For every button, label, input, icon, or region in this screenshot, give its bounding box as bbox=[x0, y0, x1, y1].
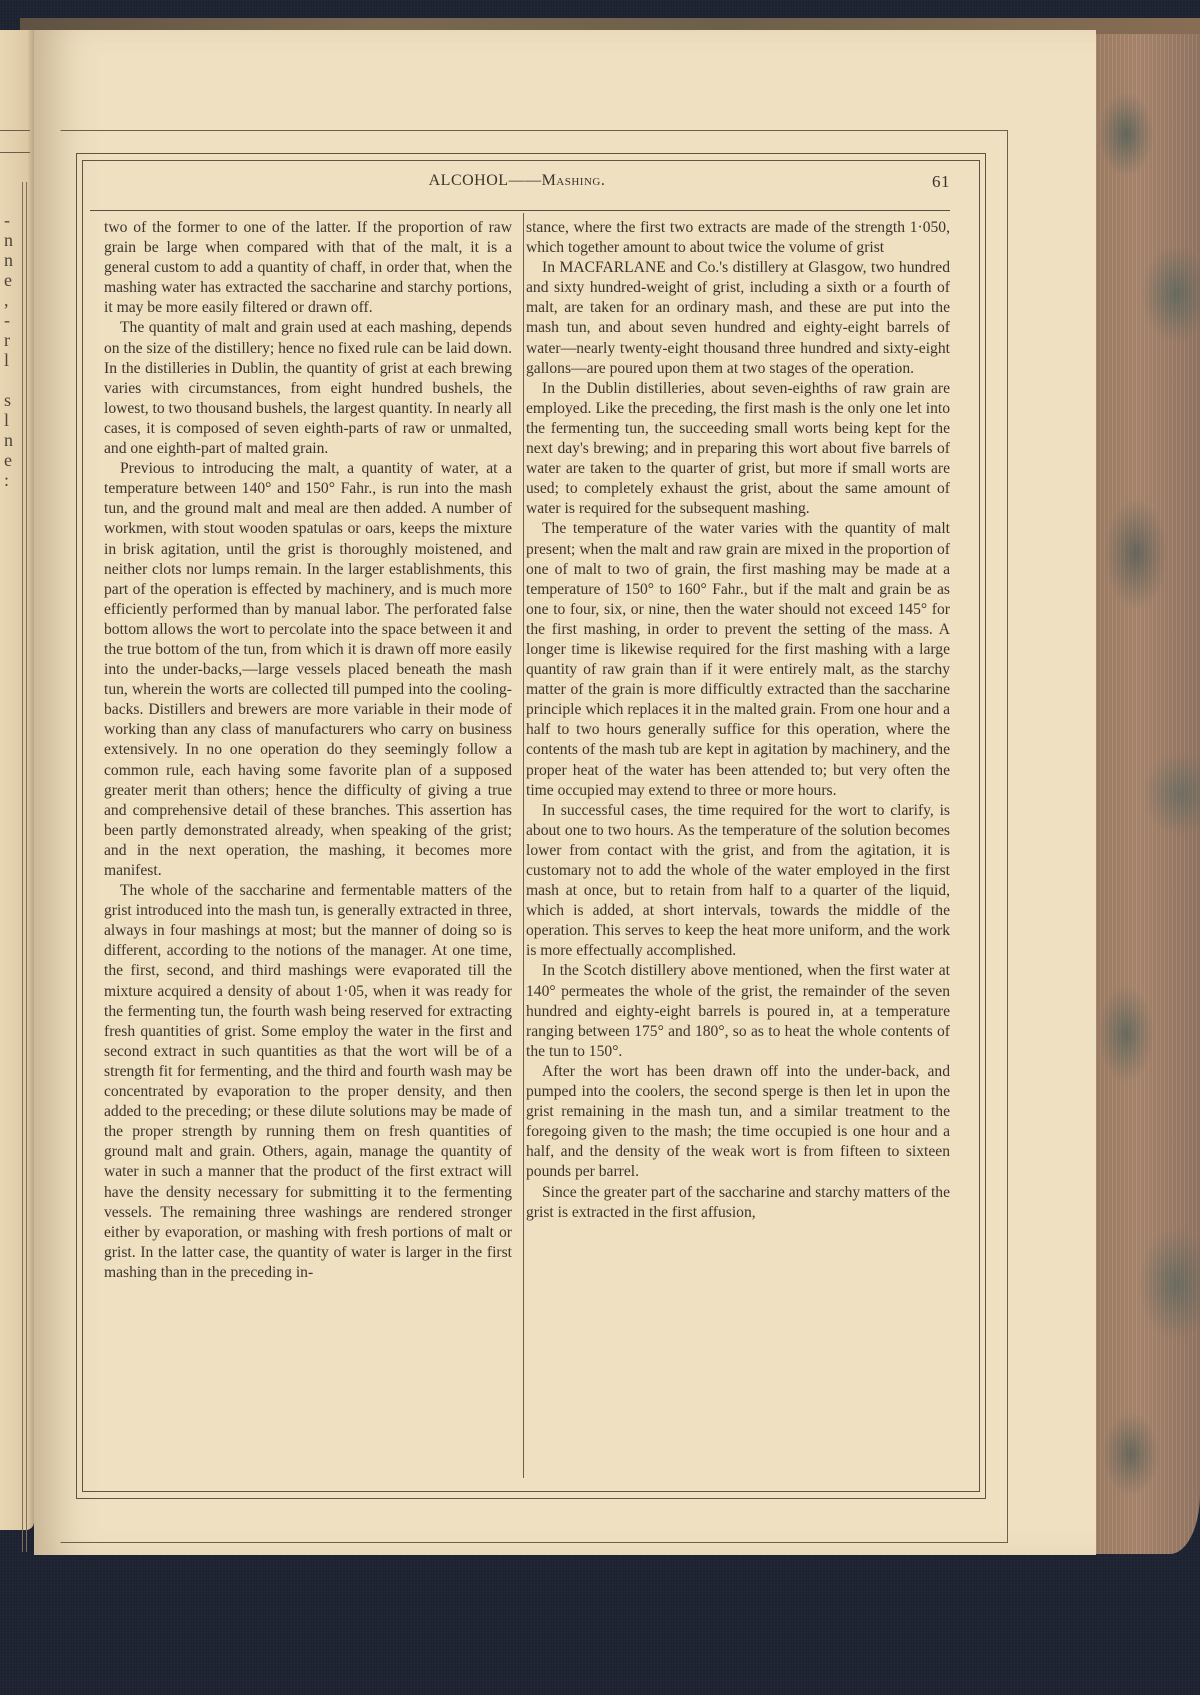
left-page-text-fragment: - n n e , - r l s l n e : bbox=[4, 210, 24, 490]
paragraph: Since the greater part of the saccharine… bbox=[526, 1183, 950, 1223]
paragraph: In the Scotch distillery above mentioned… bbox=[526, 961, 950, 1061]
running-head: ALCOHOL——Mashing. 61 bbox=[82, 172, 952, 198]
left-page-frame-line bbox=[0, 130, 30, 131]
paragraph: two of the former to one of the latter. … bbox=[104, 218, 512, 318]
right-text-column: stance, where the first two extracts are… bbox=[526, 218, 950, 1223]
paragraph: In successful cases, the time required f… bbox=[526, 801, 950, 962]
paragraph: The whole of the saccharine and fermenta… bbox=[104, 881, 512, 1283]
left-text-column: two of the former to one of the latter. … bbox=[104, 218, 512, 1283]
previous-page-edge: - n n e , - r l s l n e : bbox=[0, 30, 34, 1530]
paragraph: After the wort has been drawn off into t… bbox=[526, 1062, 950, 1183]
paragraph: The quantity of malt and grain used at e… bbox=[104, 318, 512, 459]
marbled-fore-edge bbox=[1096, 34, 1200, 1554]
paragraph: In MACFARLANE and Co.'s distillery at Gl… bbox=[526, 258, 950, 379]
left-page-frame-line bbox=[0, 152, 30, 153]
header-rule bbox=[90, 210, 950, 211]
page-number: 61 bbox=[932, 172, 950, 192]
left-page-border-line bbox=[26, 182, 27, 1552]
column-divider bbox=[523, 213, 524, 1478]
paragraph: In the Dublin distilleries, about seven-… bbox=[526, 379, 950, 520]
paragraph: The temperature of the water varies with… bbox=[526, 519, 950, 800]
paragraph: stance, where the first two extracts are… bbox=[526, 218, 950, 258]
paragraph: Previous to introducing the malt, a quan… bbox=[104, 459, 512, 881]
running-head-title: ALCOHOL——Mashing. bbox=[82, 172, 952, 190]
